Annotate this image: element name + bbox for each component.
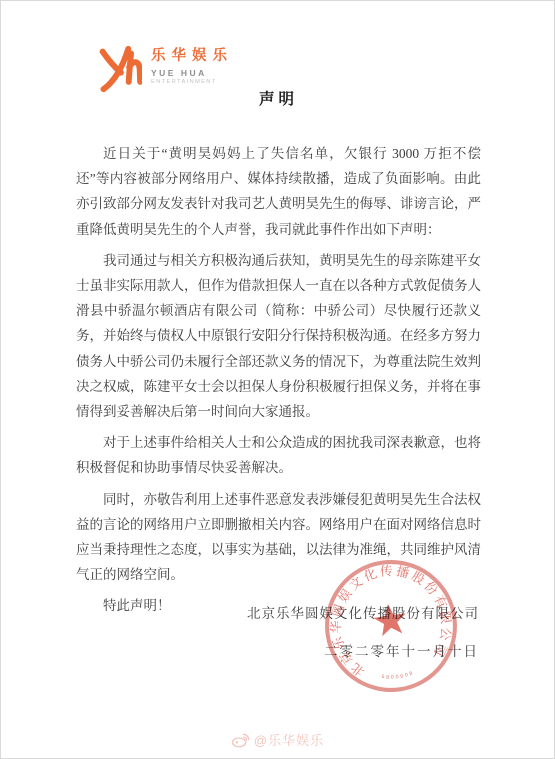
statement-paragraph-3: 对于上述事件给相关人士和公众造成的困扰我司深表歉意，也将积极督促和协助事情尽快妥… xyxy=(76,430,481,480)
yuehua-logo-text: 乐华娱乐 YUE HUA ENTERTAINMENT xyxy=(151,45,233,86)
weibo-watermark: @乐华娱乐 xyxy=(1,730,554,749)
weibo-icon xyxy=(231,732,250,748)
company-seal: 北京乐华圆娱文化传播股份有限公司 5800008 xyxy=(313,548,469,704)
statement-paragraph-2: 我司通过与相关方积极沟通后获知，黄明昊先生的母亲陈建平女士虽非实际用款人，但作为… xyxy=(76,248,481,424)
logo-name-en: YUE HUA xyxy=(151,69,233,78)
watermark-handle: @乐华娱乐 xyxy=(254,730,324,749)
logo-entertainment-label: ENTERTAINMENT xyxy=(151,80,233,86)
yuehua-logo: 乐华娱乐 YUE HUA ENTERTAINMENT xyxy=(98,45,233,93)
statement-paragraph-1: 近日关于“黄明昊妈妈上了失信名单，欠银行 3000 万拒不偿还”等内容被部分网络… xyxy=(76,141,481,242)
seal-star-icon xyxy=(372,602,409,638)
yuehua-logo-mark-icon xyxy=(98,45,142,93)
logo-name-cn: 乐华娱乐 xyxy=(151,49,233,64)
statement-title: 声明 xyxy=(76,87,481,109)
statement-document: 乐华娱乐 YUE HUA ENTERTAINMENT 声明 近日关于“黄明昊妈妈… xyxy=(0,0,555,759)
svg-text:5800008: 5800008 xyxy=(380,669,416,682)
seal-number: 5800008 xyxy=(380,669,416,682)
